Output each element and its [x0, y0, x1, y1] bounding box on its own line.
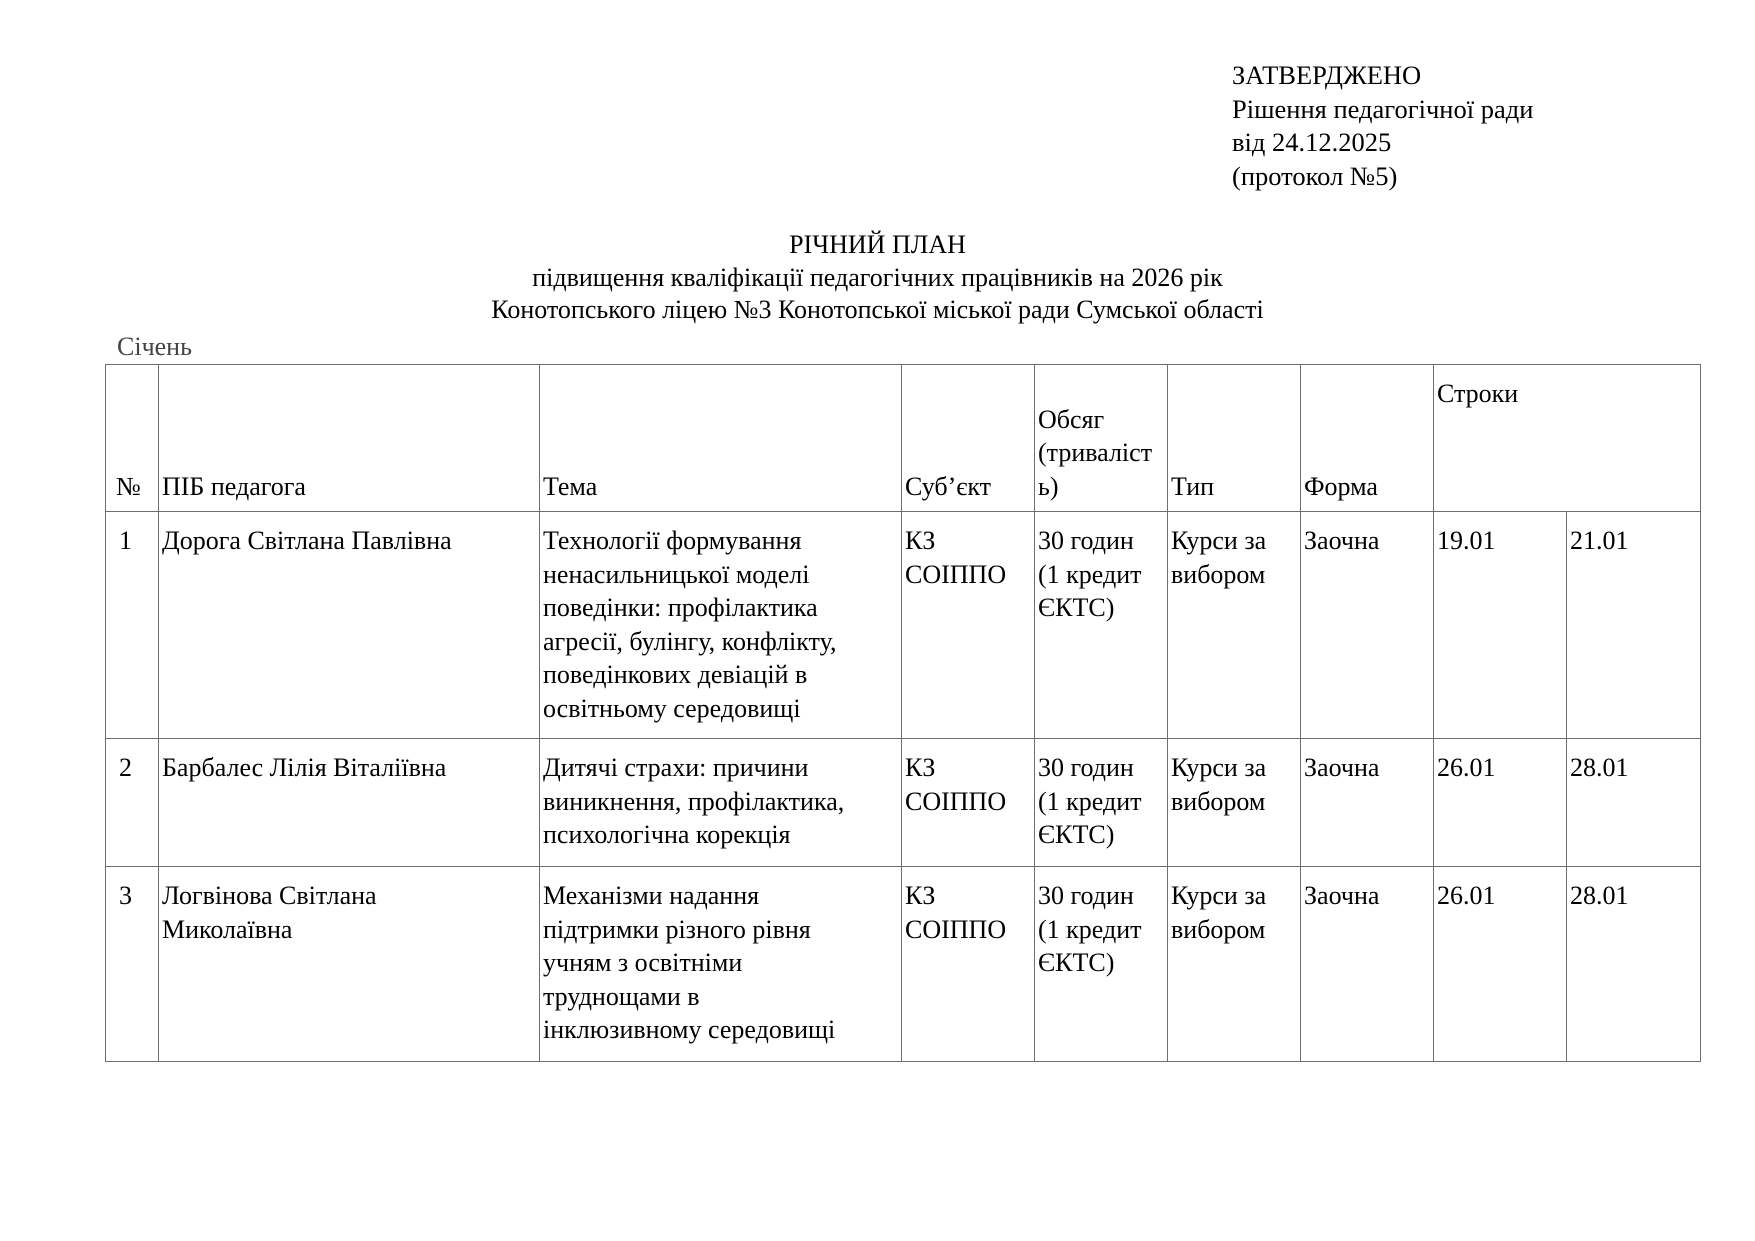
row-type: Курси за вибором — [1168, 739, 1301, 867]
row-volume: 30 годин (1 кредит ЄКТС) — [1035, 739, 1168, 867]
row-volume: 30 годин (1 кредит ЄКТС) — [1035, 867, 1168, 1062]
row-name: Логвінова Світлана Миколаївна — [159, 867, 540, 1062]
table-header-row: № ПІБ педагога Тема Суб’єкт Обсяг (трива… — [106, 365, 1701, 512]
row-num: 1 — [106, 512, 159, 739]
approval-date: від 24.12.2025 — [1232, 126, 1533, 160]
row-volume: 30 годин (1 кредит ЄКТС) — [1035, 512, 1168, 739]
row-type: Курси за вибором — [1168, 867, 1301, 1062]
table-row: 1 Дорога Світлана Павлівна Технології фо… — [106, 512, 1701, 739]
row-type: Курси за вибором — [1168, 512, 1301, 739]
row-form: Заочна — [1301, 867, 1434, 1062]
table-row: 3 Логвінова Світлана Миколаївна Механізм… — [106, 867, 1701, 1062]
header-subject: Суб’єкт — [902, 365, 1035, 512]
row-subject: КЗ СОІППО — [902, 512, 1035, 739]
row-num: 3 — [106, 867, 159, 1062]
row-num: 2 — [106, 739, 159, 867]
title-subtitle: підвищення кваліфікації педагогічних пра… — [0, 262, 1755, 295]
header-dates: Строки — [1434, 365, 1701, 512]
row-subject: КЗ СОІППО — [902, 739, 1035, 867]
row-name: Барбалес Лілія Віталіївна — [159, 739, 540, 867]
row-topic: Технології формування ненасильницької мо… — [540, 512, 902, 739]
header-num: № — [106, 365, 159, 512]
approval-decision: Рішення педагогічної ради — [1232, 93, 1533, 127]
row-date-end: 21.01 — [1567, 512, 1701, 739]
table-row: 2 Барбалес Лілія Віталіївна Дитячі страх… — [106, 739, 1701, 867]
header-volume: Обсяг (триваліст ь) — [1035, 365, 1168, 512]
title-main: РІЧНИЙ ПЛАН — [0, 229, 1755, 262]
training-plan-table: № ПІБ педагога Тема Суб’єкт Обсяг (трива… — [105, 364, 1701, 1062]
row-date-start: 26.01 — [1434, 739, 1567, 867]
row-date-start: 26.01 — [1434, 867, 1567, 1062]
header-name: ПІБ педагога — [159, 365, 540, 512]
row-date-start: 19.01 — [1434, 512, 1567, 739]
title-institution: Конотопського ліцею №3 Конотопської місь… — [0, 294, 1755, 327]
row-form: Заочна — [1301, 739, 1434, 867]
approval-protocol: (протокол №5) — [1232, 160, 1533, 194]
document-title: РІЧНИЙ ПЛАН підвищення кваліфікації педа… — [0, 229, 1755, 327]
header-topic: Тема — [540, 365, 902, 512]
row-topic: Дитячі страхи: причини виникнення, профі… — [540, 739, 902, 867]
row-name: Дорога Світлана Павлівна — [159, 512, 540, 739]
row-date-end: 28.01 — [1567, 739, 1701, 867]
approval-stamp: ЗАТВЕРДЖЕНО Рішення педагогічної ради ві… — [1232, 59, 1533, 193]
row-topic: Механізми надання підтримки різного рівн… — [540, 867, 902, 1062]
approval-heading: ЗАТВЕРДЖЕНО — [1232, 59, 1533, 93]
header-form: Форма — [1301, 365, 1434, 512]
row-date-end: 28.01 — [1567, 867, 1701, 1062]
month-label: Січень — [117, 332, 192, 362]
row-form: Заочна — [1301, 512, 1434, 739]
header-type: Тип — [1168, 365, 1301, 512]
row-subject: КЗ СОІППО — [902, 867, 1035, 1062]
